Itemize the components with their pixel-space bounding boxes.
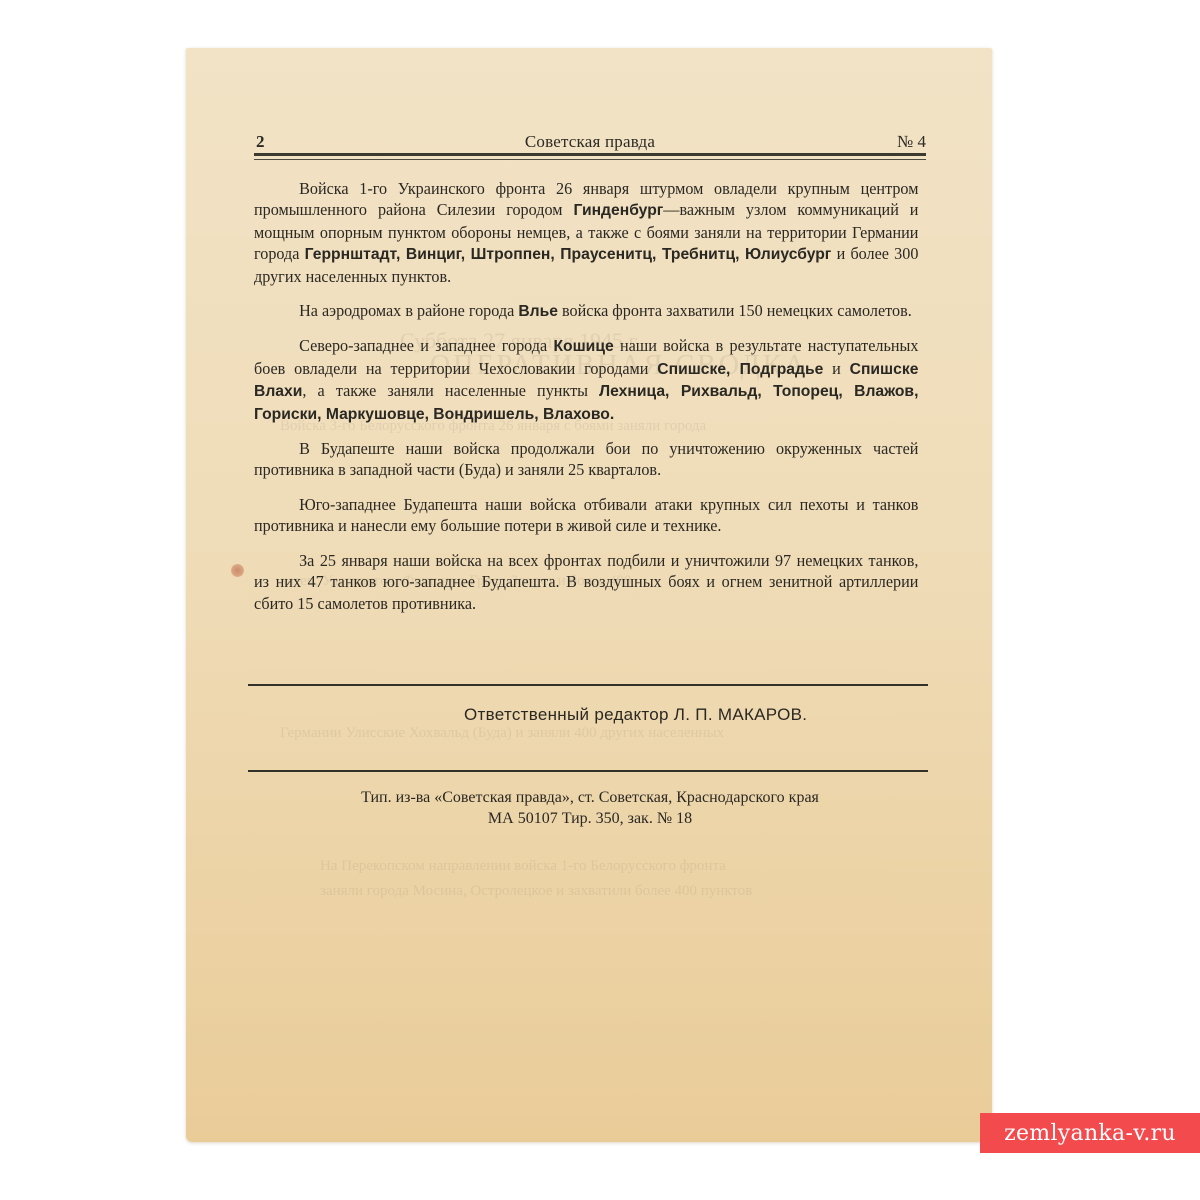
divider-rule	[248, 770, 928, 772]
article-paragraph: Юго-западнее Будапешта наши войска отбив…	[254, 494, 918, 537]
printer-line-1: Тип. из-ва «Советская правда», ст. Совет…	[250, 787, 930, 808]
header-rule	[254, 153, 926, 160]
site-watermark[interactable]: zemlyanka-v.ru	[980, 1113, 1200, 1153]
place-name: Геррнштадт, Винциг, Штроппен, Праусенитц…	[305, 246, 832, 263]
place-name: Кошице	[553, 338, 613, 355]
divider-rule	[248, 684, 928, 686]
editor-line: Ответственный редактор Л. П. МАКАРОВ.	[464, 705, 807, 725]
issue-number: № 4	[897, 132, 926, 152]
place-name: Влье	[518, 303, 558, 320]
place-name: Спишске, Подградье	[657, 361, 823, 378]
place-name: Гинденбург	[573, 202, 663, 219]
place-name: Лехница, Рихвальд, Топорец, Влажов, Гори…	[254, 383, 918, 422]
article-paragraph: Северо-западнее и западнее города Кошице…	[254, 335, 918, 425]
article-paragraph: На аэродромах в районе города Влье войск…	[254, 300, 918, 322]
article-paragraph: В Будапеште наши войска продолжали бои п…	[254, 438, 918, 481]
article-paragraph: За 25 января наши войска на всех фронтах…	[254, 550, 918, 614]
paper-stain	[231, 564, 244, 577]
printer-line-2: МА 50107 Тир. 350, зак. № 18	[250, 808, 930, 829]
article-body: Войска 1-го Украинского фронта 26 января…	[254, 178, 918, 627]
printer-info: Тип. из-ва «Советская правда», ст. Совет…	[250, 787, 930, 829]
newspaper-title: Советская правда	[252, 132, 928, 152]
article-paragraph: Войска 1-го Украинского фронта 26 января…	[254, 178, 918, 287]
